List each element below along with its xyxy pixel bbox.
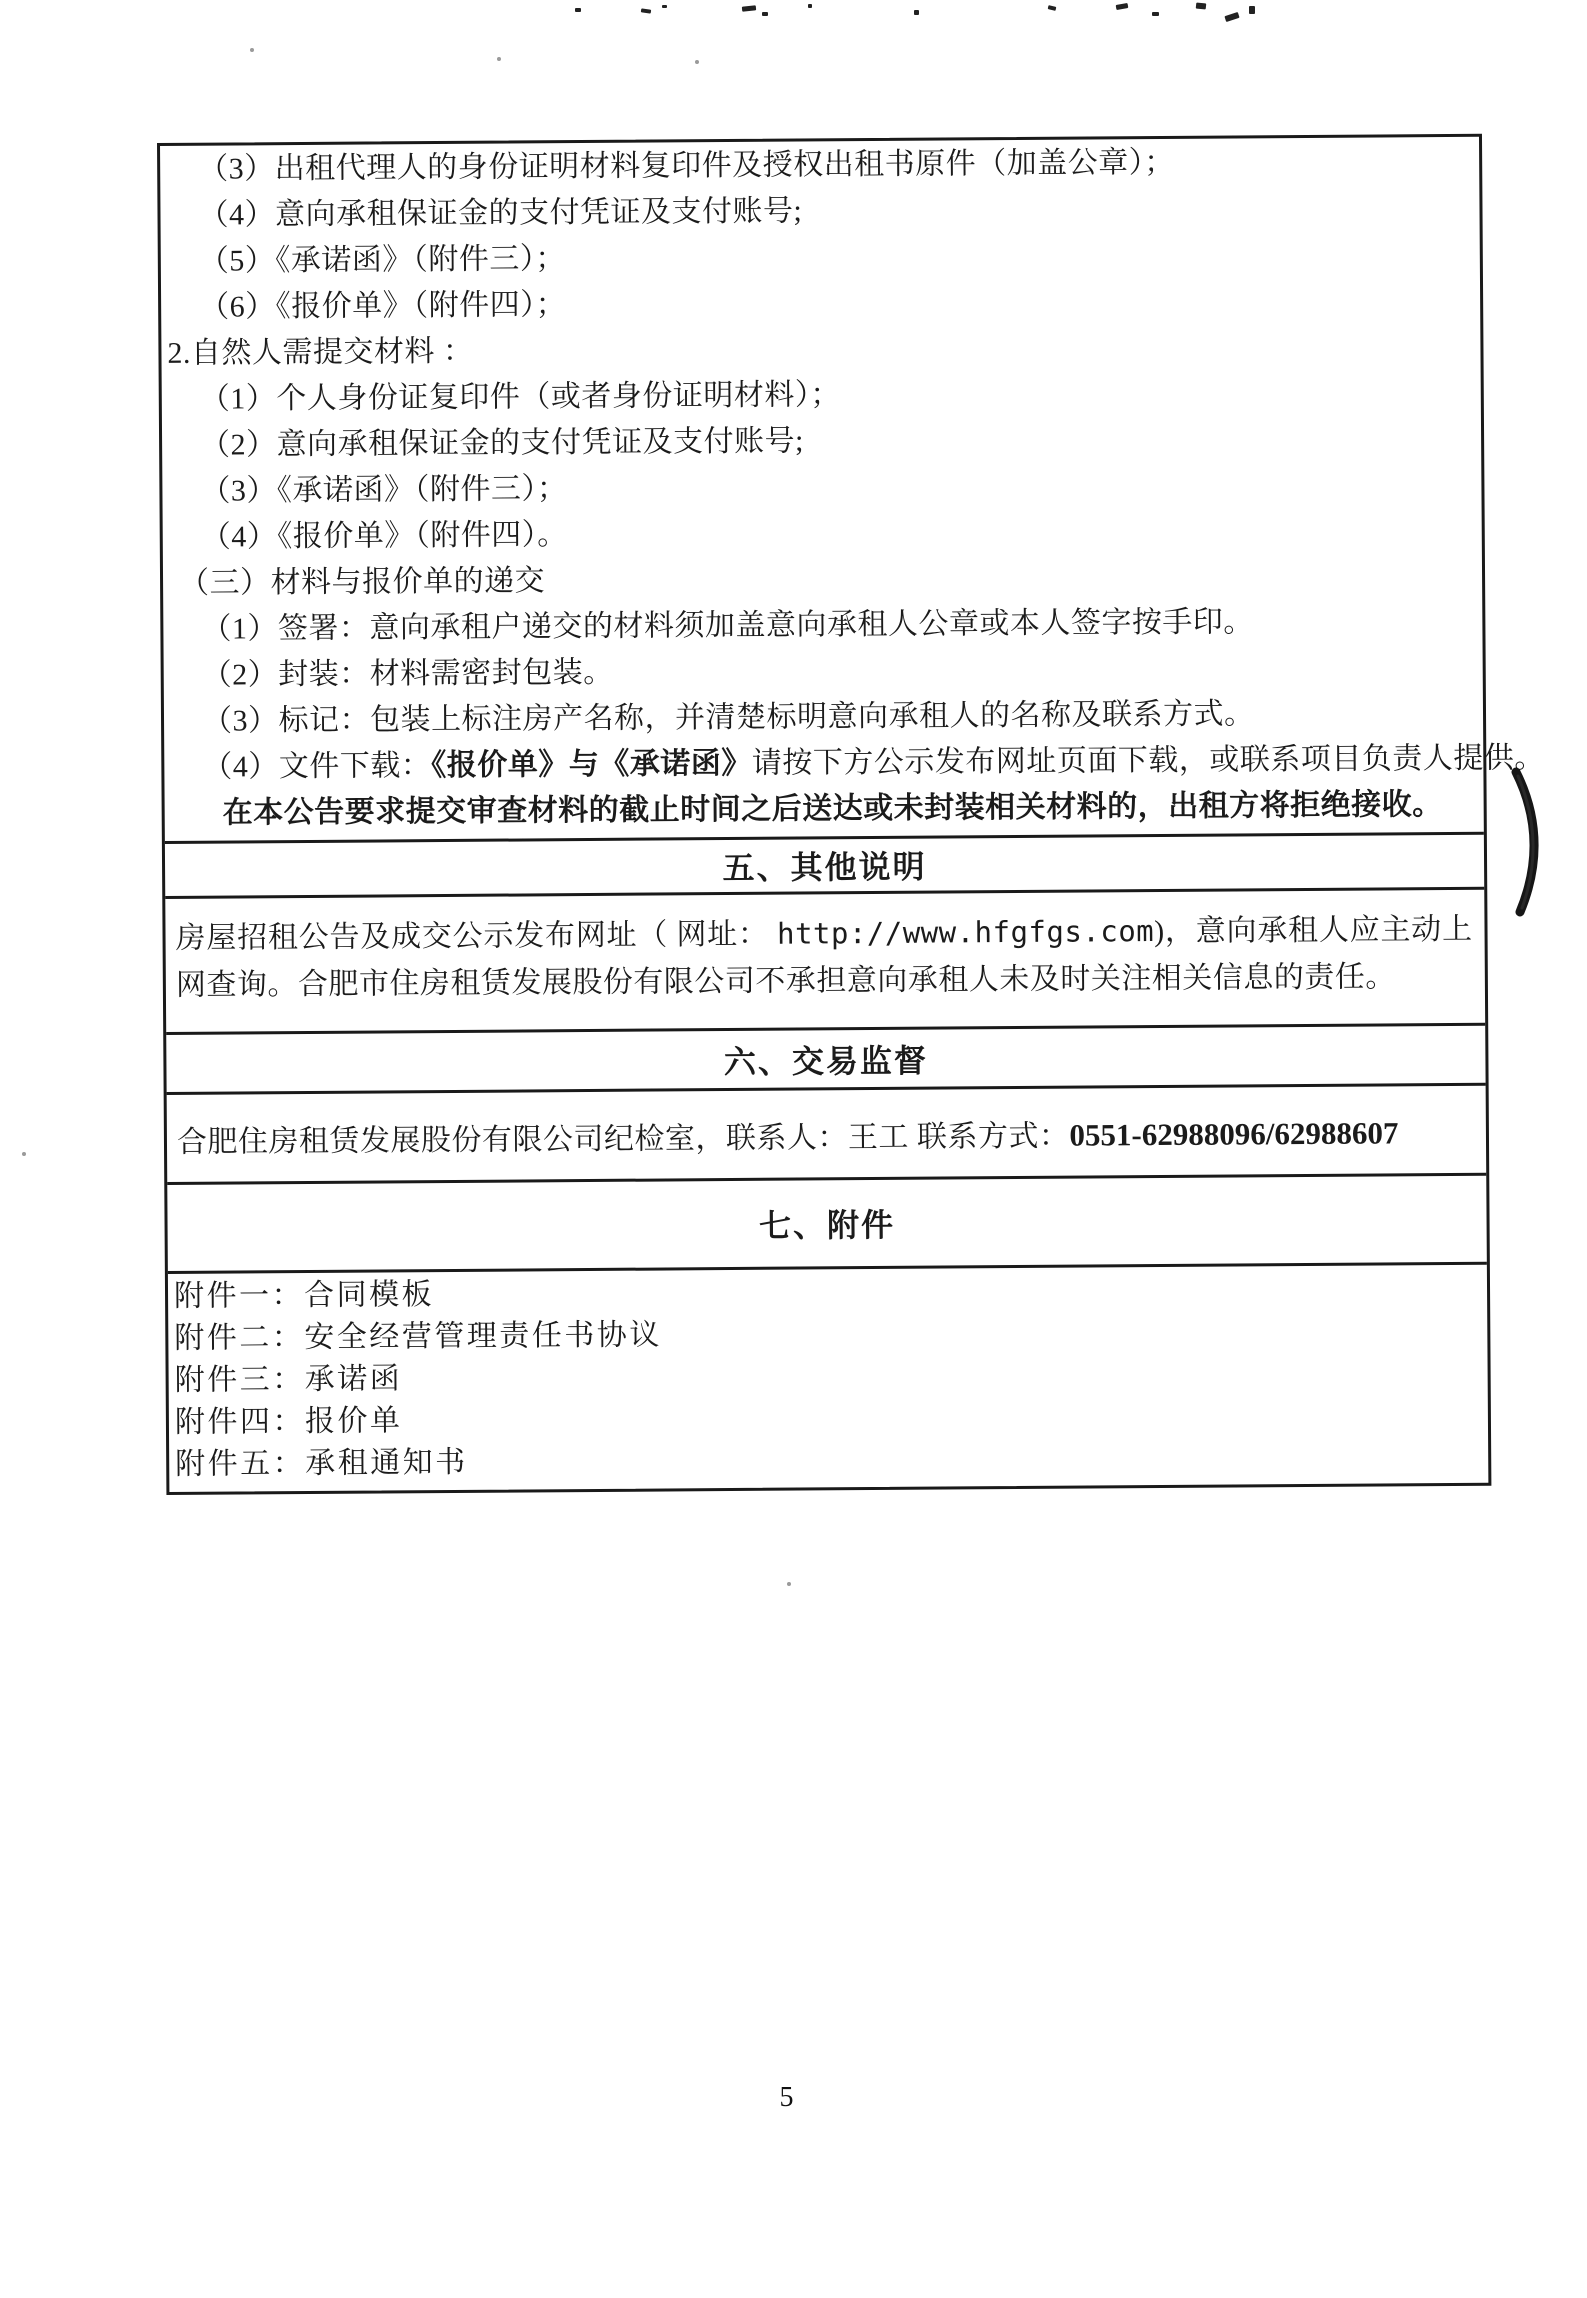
noise-speck bbox=[575, 8, 581, 12]
list-item-text: （2）封装：材料需密封包装。 bbox=[202, 656, 614, 692]
list-item-text: （2）意向承租保证金的支付凭证及支付账号; bbox=[200, 424, 804, 461]
list-item-emphasis: 《报价单》与《承诺函》 bbox=[431, 747, 752, 782]
section-header-other-notes: 五、其他说明 bbox=[165, 832, 1484, 896]
noise-speck bbox=[641, 8, 651, 13]
noise-speck bbox=[1249, 6, 1255, 14]
other-notes-body: 房屋招租公告及成交公示发布网址（ 网址： http://www.hfgfgs.c… bbox=[165, 887, 1485, 1032]
list-item-text: （三）材料与报价单的递交 bbox=[179, 564, 545, 600]
contact-phone: 0551-62988096/62988607 bbox=[1069, 1115, 1398, 1152]
section-header-attachments: 七、附件 bbox=[167, 1173, 1487, 1271]
materials-section: （3）出租代理人的身份证明材料复印件及授权出租书原件（加盖公章）； （4）意向承… bbox=[160, 137, 1484, 841]
document-table: （3）出租代理人的身份证明材料复印件及授权出租书原件（加盖公章）； （4）意向承… bbox=[157, 134, 1491, 1495]
noise-speck bbox=[787, 1582, 791, 1586]
list-item-text: （3）出租代理人的身份证明材料复印件及授权出租书原件（加盖公章）； bbox=[198, 146, 1175, 186]
section-title: 六、交易监督 bbox=[724, 1035, 928, 1082]
list-item-text: 2.自然人需提交材料 ： bbox=[167, 335, 473, 370]
list-item-text: （1）个人身份证复印件（或者身份证明材料）； bbox=[200, 378, 841, 415]
list-item-text: （4）文件下载： bbox=[202, 749, 431, 784]
supervision-contact: 合肥住房租赁发展股份有限公司纪检室，联系人：王工 联系方式：0551-62988… bbox=[177, 1108, 1399, 1161]
noise-speck bbox=[1224, 12, 1239, 22]
section-header-supervision: 六、交易监督 bbox=[166, 1023, 1485, 1092]
noise-speck bbox=[497, 57, 501, 61]
contact-text: 合肥住房租赁发展股份有限公司纪检室，联系人：王工 联系方式： bbox=[177, 1119, 1070, 1158]
section-title: 七、附件 bbox=[759, 1200, 895, 1247]
noise-speck bbox=[695, 60, 699, 64]
noise-speck bbox=[808, 4, 812, 8]
list-item-text: 请按下方公示发布网址页面下载，或联系项目负责人提供。 bbox=[752, 741, 1545, 780]
notes-text: 房屋招租公告及成交公示发布网址（ 网址： bbox=[175, 918, 777, 955]
noise-speck bbox=[22, 1152, 26, 1156]
announcement-url: http://www.hfgfgs.com bbox=[777, 914, 1154, 951]
noise-speck bbox=[1196, 2, 1207, 9]
attachment-item: 附件五：承租通知书 bbox=[175, 1435, 1478, 1486]
noise-speck bbox=[742, 5, 756, 11]
list-item-text: （4）《报价单》（附件四）。 bbox=[201, 518, 568, 554]
noise-speck bbox=[762, 12, 768, 16]
scanned-document-page: （3）出租代理人的身份证明材料复印件及授权出租书原件（加盖公章）； （4）意向承… bbox=[0, 0, 1587, 2298]
noise-speck bbox=[1116, 3, 1129, 10]
pen-mark bbox=[1494, 760, 1558, 930]
section-title: 五、其他说明 bbox=[722, 842, 926, 889]
rejection-notice: 在本公告要求提交审查材料的截止时间之后送达或未封装相关材料的，出租方将拒绝接收。 bbox=[171, 782, 1470, 837]
noise-speck bbox=[662, 5, 667, 8]
list-item-text: （3）《承诺函》（附件三）； bbox=[200, 472, 567, 508]
list-item-text: （6）《报价单》（附件四）； bbox=[199, 288, 566, 324]
list-item-text: （1）签署：意向承租户递交的材料须加盖意向承租人公章或本人签字按手印。 bbox=[201, 605, 1254, 645]
noise-speck bbox=[250, 48, 254, 52]
list-item-text: （5）《承诺函》（附件三）； bbox=[199, 242, 566, 278]
attachments-section: 附件一：合同模板 附件二：安全经营管理责任书协议 附件三：承诺函 附件四：报价单… bbox=[168, 1262, 1489, 1492]
list-item-text: 在本公告要求提交审查材料的截止时间之后送达或未封装相关材料的，出租方将拒绝接收。 bbox=[223, 788, 1443, 830]
page-number: 5 bbox=[0, 2082, 1573, 2114]
noise-speck bbox=[914, 10, 919, 15]
supervision-body: 合肥住房租赁发展股份有限公司纪检室，联系人：王工 联系方式：0551-62988… bbox=[167, 1083, 1487, 1182]
noise-speck bbox=[1048, 5, 1057, 11]
list-item-text: （4）意向承租保证金的支付凭证及支付账号; bbox=[198, 194, 802, 231]
noise-speck bbox=[1152, 12, 1159, 16]
list-item-text: （3）标记：包装上标注房产名称，并清楚标明意向承租人的名称及联系方式。 bbox=[202, 697, 1255, 737]
other-notes-paragraph: 房屋招租公告及成交公示发布网址（ 网址： http://www.hfgfgs.c… bbox=[175, 906, 1473, 1009]
